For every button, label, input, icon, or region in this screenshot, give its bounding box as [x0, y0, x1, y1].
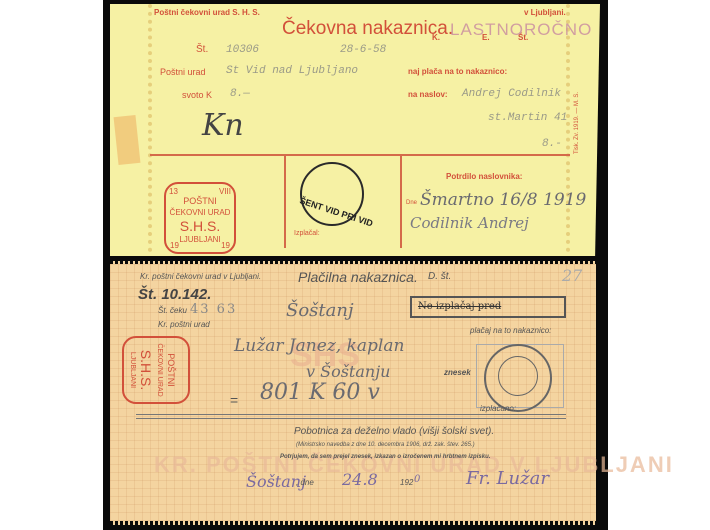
stamp-year-right: 19 [221, 240, 230, 251]
stamp-line5: LJUBLJANI [127, 338, 138, 402]
section-divider [150, 154, 570, 156]
office-stamp: 13 VIII POŠTNI ČEKOVNI URAD S.H.S. LJUBL… [164, 182, 236, 254]
stamp-line1: POŠTNI [166, 196, 234, 207]
office-stamp-rotated: POŠTNI ČEKOVNI URAD S.H.S. LJUBLJANI [122, 336, 190, 404]
header-left: Kr. poštni čekovni urad v Ljubljani. [140, 272, 261, 281]
postni-urad-label: Poštni urad [160, 67, 206, 77]
column-divider-2 [400, 154, 402, 248]
ne-izplacaj-box: Ne izplačaj pred [410, 296, 566, 318]
dne-label: , dne [296, 478, 314, 487]
payee-name: Lužar Janez, kaplan [234, 336, 404, 356]
form-number: Št. 10.142. [138, 286, 211, 303]
side-print: Tisk. Zv. 1919. — M. S. [574, 92, 580, 154]
year-printed: 192 [400, 478, 413, 487]
potrdilo-label: Potrdilo naslovnika: [446, 172, 522, 181]
pobotnica-line3: Potrjujem, da sem prejel znesek, izkazan… [280, 454, 490, 460]
payee-place: v Šoštanju [306, 362, 390, 381]
k-label: K. [432, 33, 440, 42]
header-right: v Ljubljani. [524, 8, 566, 17]
clerk-initials: Kn [202, 108, 244, 143]
perforation-edge-bottom [110, 521, 596, 525]
receipt-signature: Fr. Lužar [466, 468, 549, 489]
izplacal-label: Izplačal: [294, 230, 320, 237]
corner-number: 27 [562, 266, 582, 285]
pobotnica-line1: Pobotnica za deželno vlado (višji šolski… [294, 426, 494, 437]
placilna-nakaznica-document: Kr. poštni čekovni urad v Ljubljani. Pla… [110, 264, 596, 522]
column-divider-1 [284, 154, 286, 248]
st-ceku-value: 43 63 [190, 302, 237, 317]
naslov-name: Andrej Codilnik [462, 88, 561, 100]
postni-urad-hand: Šoštanj [286, 300, 354, 321]
stamp-line2: ČEKOVNI URAD [154, 338, 165, 402]
naslov-amount: 8.- [542, 138, 562, 150]
st-value: 10306 [226, 44, 259, 56]
znesek-label: znesek [444, 368, 471, 377]
svoto-label: svoto K [182, 90, 212, 100]
postni-urad-value: St Vid nad Ljubljano [226, 65, 358, 77]
stamp-line3: S.H.S. [166, 218, 234, 234]
amount-value: 801 K 60 v [260, 380, 380, 405]
postmark-inner-circle [498, 356, 538, 396]
stamp-day: 13 [169, 186, 178, 197]
st-ceku-label: Št. čeku [158, 306, 187, 315]
date-value: 28-6-58 [340, 44, 386, 56]
receipt-place-date: Šmartno 16/8 1919 [420, 190, 586, 210]
form-title: Plačilna nakaznica. [298, 269, 418, 285]
header-left: Poštni čekovni urad S. H. S. [154, 8, 260, 17]
pobotnica-line2: (Ministrsko navedba z dne 10. decembra 1… [296, 442, 475, 448]
ne-izplacaj-label: Ne izplačaj pred [418, 301, 501, 312]
cekovna-nakaznica-document: Poštni čekovni urad S. H. S. v Ljubljani… [110, 4, 600, 256]
year-hand: 0 [414, 474, 420, 485]
izplacano-label: izplačano: [480, 404, 516, 413]
d-st-label: D. št. [428, 271, 451, 282]
stamp-line2: ČEKOVNI URAD [166, 207, 234, 218]
naslov-address: st.Martin 41 [488, 112, 567, 124]
stamp-line1: POŠTNI [165, 338, 176, 402]
svoto-value: 8.— [230, 88, 250, 100]
receipt-signature: Codilnik Andrej [410, 214, 529, 232]
double-rule [136, 414, 566, 419]
form-title: Čekovna nakaznica. [282, 18, 453, 40]
stamp-month: VIII [219, 186, 231, 197]
receipt-date: 24.8 [342, 470, 378, 489]
na-naslov-label: na naslov: [408, 90, 448, 99]
stamp-year-left: 19 [170, 240, 179, 251]
tape-remnant [114, 115, 141, 165]
lastnorocno-stamp: LASTNOROČNO [450, 20, 592, 40]
stamp-line3: S.H.S. [138, 338, 154, 402]
st-label: Št. [196, 44, 208, 55]
kr-postni-urad-label: Kr. poštni urad [158, 320, 210, 329]
naj-placa-label: naj plača na to nakaznico: [408, 67, 507, 76]
placaj-label: plačaj na to nakaznico: [470, 326, 551, 335]
dne-label: Dne [406, 200, 417, 206]
equals-sign: = [230, 392, 238, 408]
